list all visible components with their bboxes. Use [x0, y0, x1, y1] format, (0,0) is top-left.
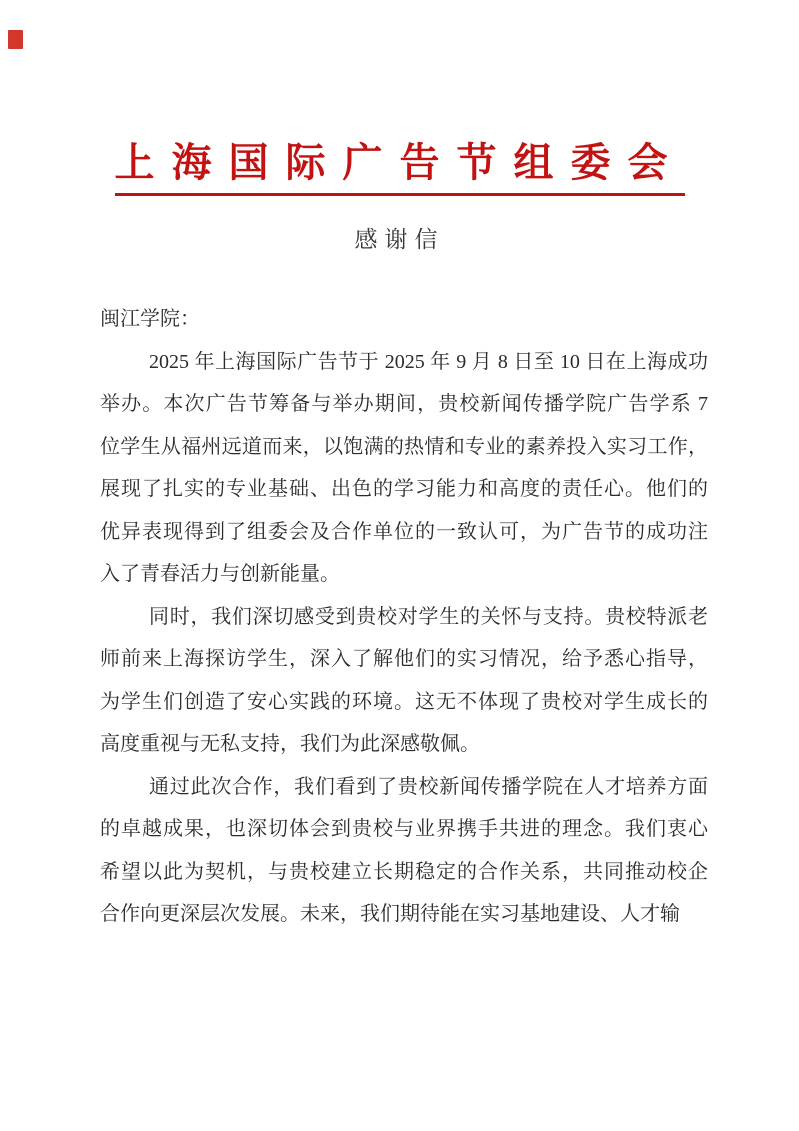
- red-corner-mark: [8, 30, 23, 49]
- body-line: 师前来上海探访学生，深入了解他们的实习情况，给予悉心指导，: [100, 638, 708, 681]
- body-line: 展现了扎实的专业基础、出色的学习能力和高度的责任心。他们的: [100, 468, 708, 511]
- paragraph: 通过此次合作，我们看到了贵校新闻传播学院在人才培养方面的卓越成果，也深切体会到贵…: [100, 766, 708, 936]
- body-line: 通过此次合作，我们看到了贵校新闻传播学院在人才培养方面: [100, 766, 708, 809]
- letter-body: 闽江学院： 2025 年上海国际广告节于 2025 年 9 月 8 日至 10 …: [100, 298, 708, 936]
- body-line: 希望以此为契机，与贵校建立长期稳定的合作关系，共同推动校企: [100, 851, 708, 894]
- organization-title: 上海国际广告节组委会: [115, 136, 685, 196]
- body-line: 2025 年上海国际广告节于 2025 年 9 月 8 日至 10 日在上海成功: [100, 341, 708, 384]
- body-line: 高度重视与无私支持，我们为此深感敬佩。: [100, 723, 708, 766]
- paragraphs-container: 2025 年上海国际广告节于 2025 年 9 月 8 日至 10 日在上海成功…: [100, 341, 708, 936]
- paragraph: 2025 年上海国际广告节于 2025 年 9 月 8 日至 10 日在上海成功…: [100, 341, 708, 596]
- body-line: 位学生从福州远道而来，以饱满的热情和专业的素养投入实习工作，: [100, 426, 708, 469]
- body-line: 优异表现得到了组委会及合作单位的一致认可，为广告节的成功注: [100, 511, 708, 554]
- body-line: 合作向更深层次发展。未来，我们期待能在实习基地建设、人才输: [100, 893, 708, 936]
- salutation-line: 闽江学院：: [100, 298, 708, 341]
- body-line: 的卓越成果，也深切体会到贵校与业界携手共进的理念。我们衷心: [100, 808, 708, 851]
- paragraph: 同时，我们深切感受到贵校对学生的关怀与支持。贵校特派老师前来上海探访学生，深入了…: [100, 596, 708, 766]
- letter-subtitle: 感谢信: [0, 221, 799, 254]
- body-line: 为学生们创造了安心实践的环境。这无不体现了贵校对学生成长的: [100, 681, 708, 724]
- body-line: 举办。本次广告节筹备与举办期间，贵校新闻传播学院广告学系 7: [100, 383, 708, 426]
- body-line: 同时，我们深切感受到贵校对学生的关怀与支持。贵校特派老: [100, 596, 708, 639]
- title-row: 上海国际广告节组委会: [0, 136, 799, 196]
- body-line: 入了青春活力与创新能量。: [100, 553, 708, 596]
- letter-page: 上海国际广告节组委会 感谢信 闽江学院： 2025 年上海国际广告节于 2025…: [0, 0, 799, 1131]
